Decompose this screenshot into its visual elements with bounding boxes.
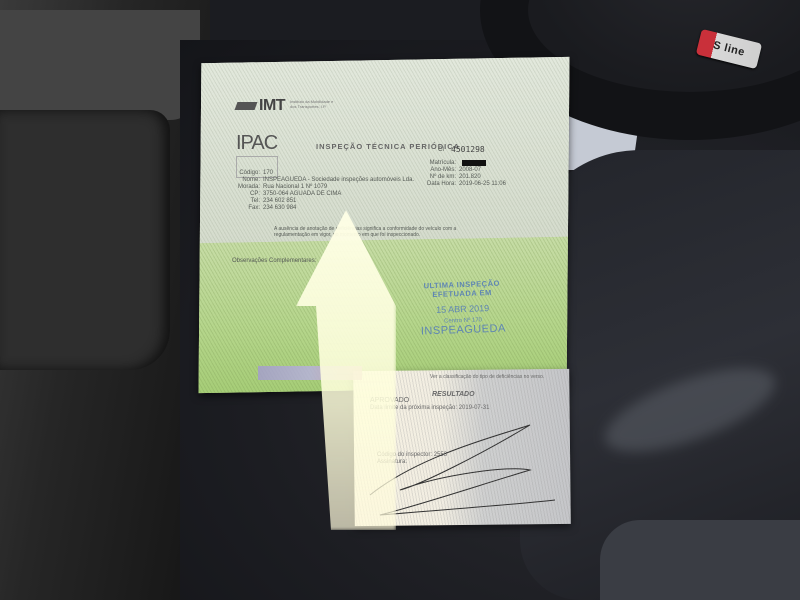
certificate-number: 4501298 <box>451 145 485 154</box>
certificate-label: CI <box>438 147 444 153</box>
field-label: Matrícula: <box>420 160 456 166</box>
field-value: Rua Nacional 1 Nº 1079 <box>263 184 327 190</box>
inspection-stamp: ULTIMA INSPEÇÃO EFETUADA EM 15 ABR 2019 … <box>407 278 520 362</box>
imt-subtitle: Instituto da Mobilidade e dos Transporte… <box>290 99 340 109</box>
field-value: 234 630 984 <box>263 205 296 211</box>
field-row: Morada:Rua Nacional 1 Nº 1079 <box>236 184 327 190</box>
field-label: Nº de km: <box>420 174 456 180</box>
field-row: Nº de km:201.820 <box>420 174 481 180</box>
field-value: 234 602 851 <box>263 198 296 204</box>
jacket-sleeve <box>600 520 800 600</box>
field-label: CP: <box>236 191 260 197</box>
field-value: 201.820 <box>459 174 481 180</box>
field-label: Código: <box>236 170 260 176</box>
field-value: 2008-07 <box>459 167 481 173</box>
field-row: Ano-Mês:2008-07 <box>420 167 481 173</box>
ipac-logo: IPAC <box>236 132 277 155</box>
field-value: 3750-064 AGUADA DE CIMA <box>263 191 341 197</box>
field-row: CP:3750-064 AGUADA DE CIMA <box>236 191 341 197</box>
field-label: Ano-Mês: <box>420 167 456 173</box>
field-label: Fax: <box>236 205 260 211</box>
field-row: Código:170 <box>236 170 273 176</box>
result-heading: RESULTADO <box>432 391 475 398</box>
field-row: Tel:234 602 851 <box>236 198 296 204</box>
field-label: Data Hora: <box>420 181 456 187</box>
field-label: Morada: <box>236 184 260 190</box>
car-door-panel <box>0 0 210 600</box>
conformity-notice: A ausência de anotação de deficiências s… <box>274 226 474 238</box>
next-inspection-date: 2019-07-31 <box>459 405 490 411</box>
imt-logo-icon <box>235 102 258 110</box>
field-row: Fax:234 630 984 <box>236 205 296 211</box>
redacted-plate <box>462 160 486 166</box>
field-label: Tel: <box>236 198 260 204</box>
field-value: 170 <box>263 170 273 176</box>
stamp-name: INSPEAGUEDA <box>408 322 518 338</box>
stamp-date: 15 ABR 2019 <box>407 302 517 316</box>
observations-label: Observações Complementares: <box>232 258 316 264</box>
verso-note: Ver a classificação do tipo de deficiênc… <box>430 374 544 380</box>
field-row: Nome:INSPEAGUEDA - Sociedade inspeções a… <box>236 177 414 183</box>
field-row: Data Hora:2019-06-25 11:06 <box>420 181 506 187</box>
door-armrest <box>0 110 170 370</box>
field-label: Nome: <box>236 177 260 183</box>
imt-logo: IMT <box>236 97 285 115</box>
field-value: 2019-06-25 11:06 <box>459 181 506 187</box>
field-value: INSPEAGUEDA - Sociedade inspeções automó… <box>263 177 414 183</box>
door-pocket <box>0 10 200 120</box>
field-row: Matrícula: <box>420 160 459 166</box>
